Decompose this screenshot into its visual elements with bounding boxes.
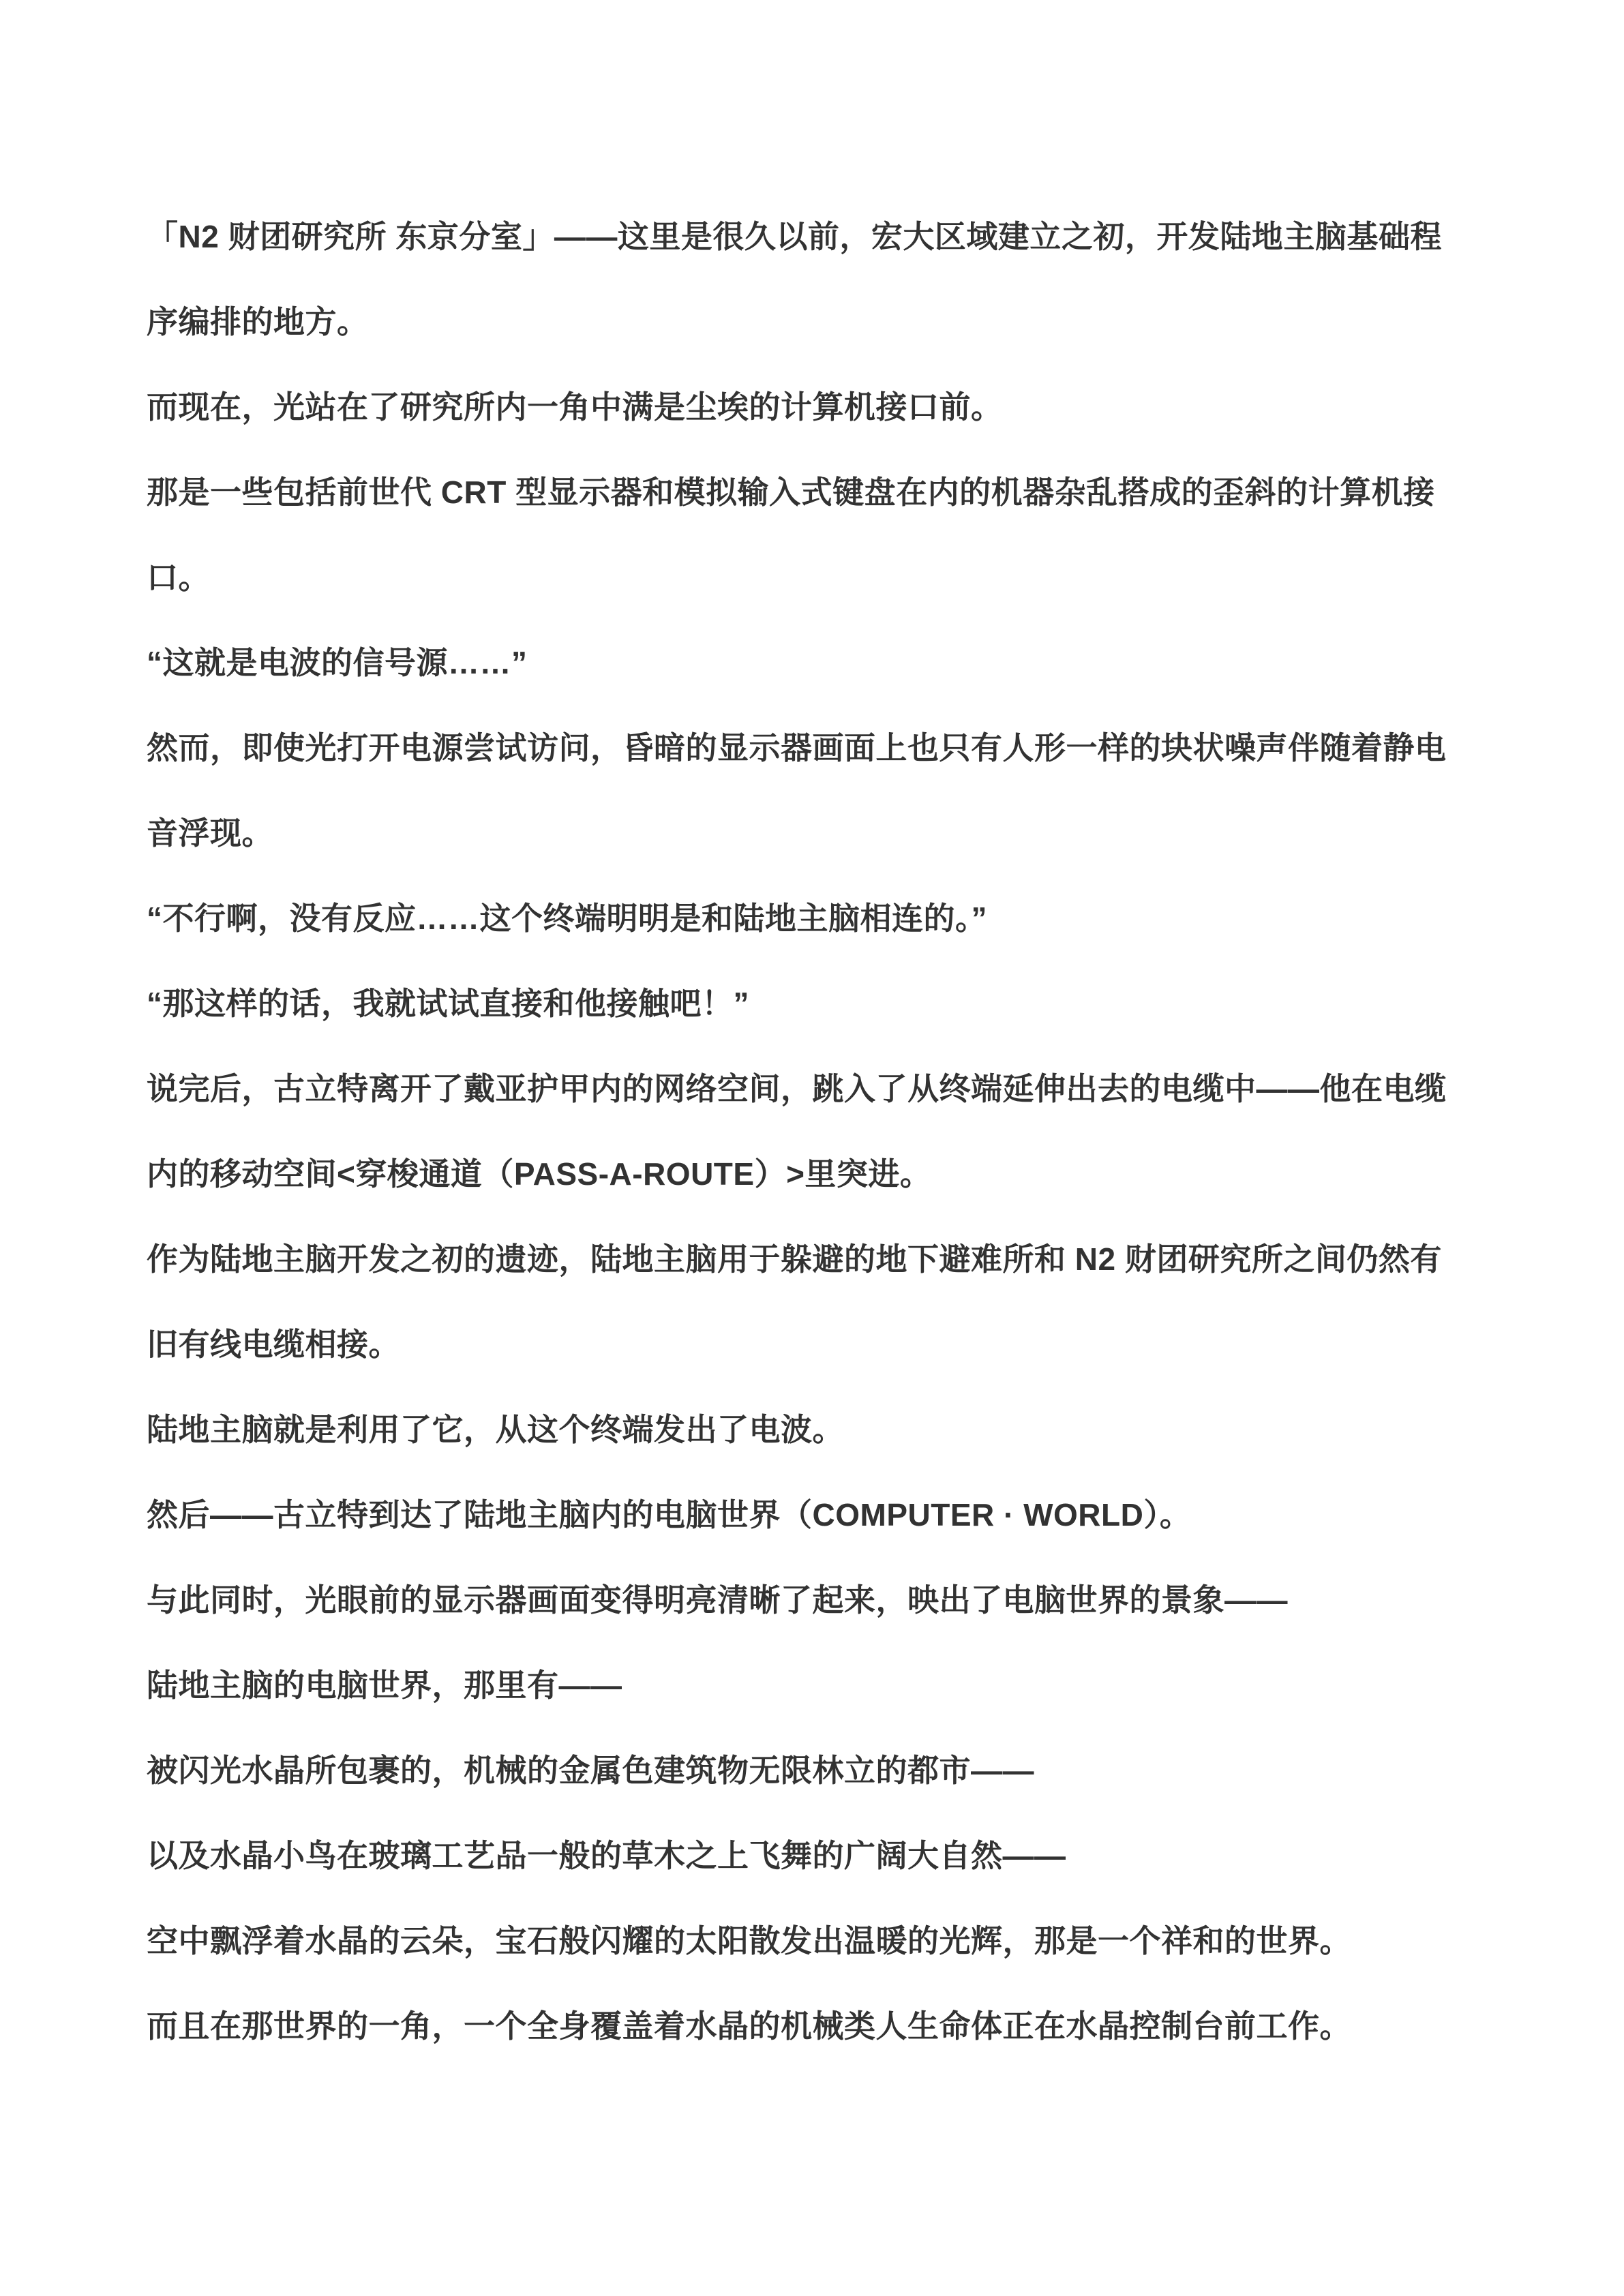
text-line: 作为陆地主脑开发之初的遗迹，陆地主脑用于躲避的地下避难所和 N2 财团研究所之间…	[147, 1217, 1483, 1302]
text-line: 旧有线电缆相接。	[147, 1302, 1483, 1387]
text-line: 然而，即使光打开电源尝试访问，昏暗的显示器画面上也只有人形一样的块状噪声伴随着静…	[147, 706, 1483, 791]
text-line: 陆地主脑的电脑世界，那里有——	[147, 1643, 1483, 1728]
text-line: “不行啊，没有反应……这个终端明明是和陆地主脑相连的。”	[147, 876, 1483, 961]
text-line: “这就是电波的信号源……”	[147, 620, 1483, 706]
text-line: 以及水晶小鸟在玻璃工艺品一般的草木之上飞舞的广阔大自然——	[147, 1813, 1483, 1899]
novel-text-block: 「N2 财团研究所 东京分室」——这里是很久以前，宏大区域建立之初，开发陆地主脑…	[147, 194, 1483, 2069]
text-line: 序编排的地方。	[147, 280, 1483, 365]
text-line: 然后——古立特到达了陆地主脑内的电脑世界（COMPUTER · WORLD）。	[147, 1472, 1483, 1558]
text-line: 与此同时，光眼前的显示器画面变得明亮清晰了起来，映出了电脑世界的景象——	[147, 1558, 1483, 1643]
text-line: 而且在那世界的一角，一个全身覆盖着水晶的机械类人生命体正在水晶控制台前工作。	[147, 1984, 1483, 2069]
text-line: 音浮现。	[147, 791, 1483, 876]
text-line: 被闪光水晶所包裹的，机械的金属色建筑物无限林立的都市——	[147, 1728, 1483, 1813]
text-line: 口。	[147, 535, 1483, 620]
text-line: “那这样的话，我就试试直接和他接触吧！”	[147, 961, 1483, 1046]
text-line: 而现在，光站在了研究所内一角中满是尘埃的计算机接口前。	[147, 365, 1483, 450]
text-line: 空中飘浮着水晶的云朵，宝石般闪耀的太阳散发出温暖的光辉，那是一个祥和的世界。	[147, 1899, 1483, 1984]
text-line: 那是一些包括前世代 CRT 型显示器和模拟输入式键盘在内的机器杂乱搭成的歪斜的计…	[147, 450, 1483, 535]
text-line: 「N2 财团研究所 东京分室」——这里是很久以前，宏大区域建立之初，开发陆地主脑…	[147, 194, 1483, 280]
text-line: 说完后，古立特离开了戴亚护甲内的网络空间，跳入了从终端延伸出去的电缆中——他在电…	[147, 1046, 1483, 1132]
text-line: 内的移动空间<穿梭通道（PASS-A-ROUTE）>里突进。	[147, 1132, 1483, 1217]
text-line: 陆地主脑就是利用了它，从这个终端发出了电波。	[147, 1387, 1483, 1472]
